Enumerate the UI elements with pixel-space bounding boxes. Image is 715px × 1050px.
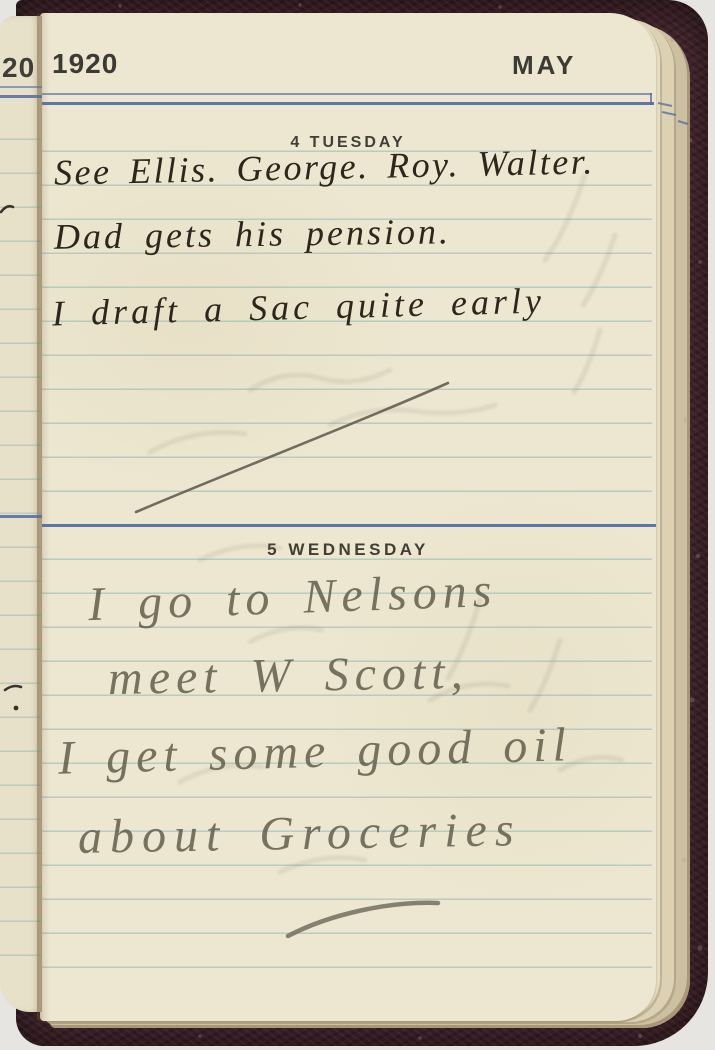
wednesday-entry-line: meet W Scott, bbox=[108, 645, 469, 706]
diary-photo: 20 1920 MAY 4 TUESDAY 5 WEDNESDAY See El… bbox=[0, 0, 715, 1050]
header-rule-bottom bbox=[42, 102, 654, 105]
header-rule-top bbox=[42, 93, 652, 95]
facing-header-rule-bottom bbox=[0, 95, 42, 98]
wednesday-date-header: 5 WEDNESDAY bbox=[42, 540, 654, 560]
wednesday-entry-line: about Groceries bbox=[78, 802, 522, 865]
facing-header-rule-top bbox=[0, 86, 42, 88]
month-label: MAY bbox=[512, 50, 576, 81]
facing-page-year-fragment: 20 bbox=[2, 52, 35, 84]
facing-page bbox=[0, 16, 42, 1012]
tuesday-entry-line: Dad gets his pension. bbox=[54, 210, 452, 258]
facing-section-divider bbox=[0, 515, 42, 518]
header-rule-end-tick bbox=[650, 93, 652, 105]
year-label: 1920 bbox=[52, 48, 118, 80]
section-divider-rule bbox=[42, 524, 656, 527]
